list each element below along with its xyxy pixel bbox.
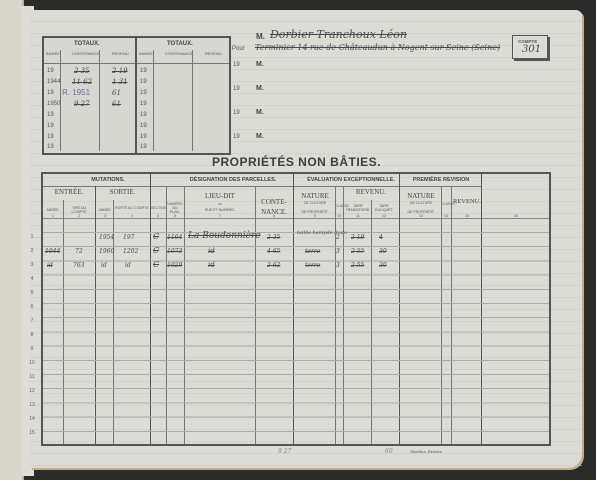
year-cell: 19 (140, 123, 147, 129)
m-label: M. (256, 61, 264, 68)
totaux-box-right: TOTAUX. ANNÉE. CONTENANCE. REVENU. 19 19… (135, 36, 231, 155)
col-nature: NATURE (295, 192, 335, 200)
col-numero-plan: NUMÉRO DU PLAN. (167, 202, 183, 214)
owner-name: Dorbier Tranchoux Léon (270, 28, 407, 41)
compte-box: COMPTE 301 (512, 35, 548, 59)
year-cell: 19 (140, 68, 147, 74)
col-number: 7 (185, 214, 255, 218)
year-cell: 19 (140, 79, 147, 85)
owner-address: Terminier 14 rue de Châteaudun à Nogent … (255, 43, 500, 52)
group-evaluation: ÉVALUATION EXCEPTIONNELLE. (305, 177, 397, 183)
subgroup-sortie: SORTIE. (95, 188, 150, 196)
revenu-value: 61 (112, 89, 121, 97)
m-label: M. (256, 109, 264, 116)
section-title: PROPRIÉTÉS NON BÂTIES. (212, 155, 381, 169)
col-tarif-acquet: TARIF D'ACQUÊT. (371, 204, 397, 212)
col-number: 13 (401, 214, 441, 218)
m-label: M. (256, 133, 264, 140)
contenance-value: 2 35 (74, 67, 90, 75)
year-cell: 19 (47, 134, 54, 140)
col-header-contenance: CONTENANCE. (165, 51, 194, 56)
col-revision-revenu: REVENU. (453, 198, 481, 205)
year-cell: 1944 (47, 79, 60, 85)
footer-pencil-note: 60 (385, 448, 393, 455)
year-cell: 19 (47, 123, 54, 129)
col-revenu: REVENU. (343, 188, 399, 196)
year-label: 19 (233, 62, 240, 68)
year-cell: 1950 (47, 101, 60, 107)
revision-stamp: R. 1951 (62, 88, 90, 97)
year-cell: 19 (140, 144, 147, 150)
printer-imprint: Oberthur, Rennes (410, 449, 442, 454)
col-sortie-annee: ANNÉE. (97, 208, 113, 212)
year-cell: 19 (47, 68, 54, 74)
col-header-revenu: REVENU. (112, 51, 130, 56)
col-section: SECTION. (151, 206, 165, 210)
year-cell: 19 (140, 112, 147, 118)
col-tarif-transitoire: TARIF TRANSITOIRE. (345, 204, 371, 212)
col-number: 3 (97, 214, 113, 218)
col-classe: CLASSE. (335, 204, 343, 208)
col-header-contenance: CONTENANCE. (72, 51, 101, 56)
col-number: 6 (167, 214, 183, 218)
group-mutations: MUTATIONS. (63, 177, 153, 183)
year-cell: 19 (47, 90, 54, 96)
col-porte-au-compte: PORTÉ AU COMPTE (115, 206, 149, 210)
year-cell: 19 (47, 112, 54, 118)
totaux-title: TOTAUX. (167, 41, 193, 47)
col-number: 2 (65, 214, 93, 218)
facing-page-edge (0, 0, 24, 480)
col-revision-nature: NATURE (401, 192, 441, 200)
year-cell: 19 (47, 144, 54, 150)
col-header-annee: ANNÉE. (46, 51, 61, 56)
revenu-value: 61 (112, 100, 121, 108)
col-number: 4 (115, 214, 149, 218)
col-number: 5 (151, 214, 165, 218)
revenu-value: 1 31 (112, 78, 128, 86)
year-cell: 19 (140, 101, 147, 107)
totaux-box-left: TOTAUX. ANNÉE. CONTENANCE. REVENU. 19 19… (42, 36, 138, 155)
contenance-value: 9 27 (74, 100, 90, 108)
group-revision: PREMIÈRE REVISION (401, 177, 481, 183)
col-number: 16 (483, 214, 549, 218)
col-lieudit: LIEU-DIT (185, 192, 255, 200)
row-lines (43, 232, 549, 444)
col-number: 12 (371, 214, 397, 218)
col-rue-numero: RUE ET NUMÉRO. (185, 208, 255, 212)
pour-label: Pour (232, 46, 245, 52)
year-cell: 19 (140, 90, 147, 96)
col-number: 9 (295, 214, 335, 218)
col-lieudit-ou: ou (185, 202, 255, 206)
col-revision-culture: DE CULTURE (401, 201, 441, 205)
col-number: 1 (43, 214, 63, 218)
group-designation: DÉSIGNATION DES PARCELLES. (158, 177, 308, 183)
col-revision-classe: CLASSE. (441, 202, 451, 206)
year-label: 19 (233, 110, 240, 116)
footer-pencil-note: 9 27 (278, 448, 291, 455)
revenu-value: 2 19 (112, 67, 128, 75)
ledger-page: TOTAUX. ANNÉE. CONTENANCE. REVENU. 19 19… (30, 10, 582, 468)
year-cell: 19 (140, 134, 147, 140)
col-number: 14 (441, 214, 451, 218)
compte-number: 301 (522, 44, 541, 55)
contenance-value: 11 62 (72, 78, 92, 86)
m-label: M. (256, 85, 264, 92)
col-nature-culture: DE CULTURE (295, 201, 335, 205)
subgroup-entree: ENTRÉE. (43, 188, 95, 196)
year-label: 19 (233, 86, 240, 92)
col-number: 8 (255, 214, 293, 218)
col-number: 10 (335, 214, 343, 218)
col-tire-du-compte: TIRÉ DU COMPTE (65, 206, 93, 214)
col-header-revenu: REVENU. (205, 51, 223, 56)
totaux-title: TOTAUX. (74, 41, 100, 47)
year-label: 19 (233, 134, 240, 140)
col-entree-annee: ANNÉE. (43, 208, 63, 212)
col-contenance: CONTE- (255, 198, 293, 206)
col-header-annee: ANNÉE. (139, 51, 154, 56)
col-number: 11 (345, 214, 371, 218)
parcel-table: MUTATIONS. DÉSIGNATION DES PARCELLES. ÉV… (41, 172, 551, 446)
owner-m-label: M. (256, 32, 265, 41)
col-number: 15 (453, 214, 481, 218)
